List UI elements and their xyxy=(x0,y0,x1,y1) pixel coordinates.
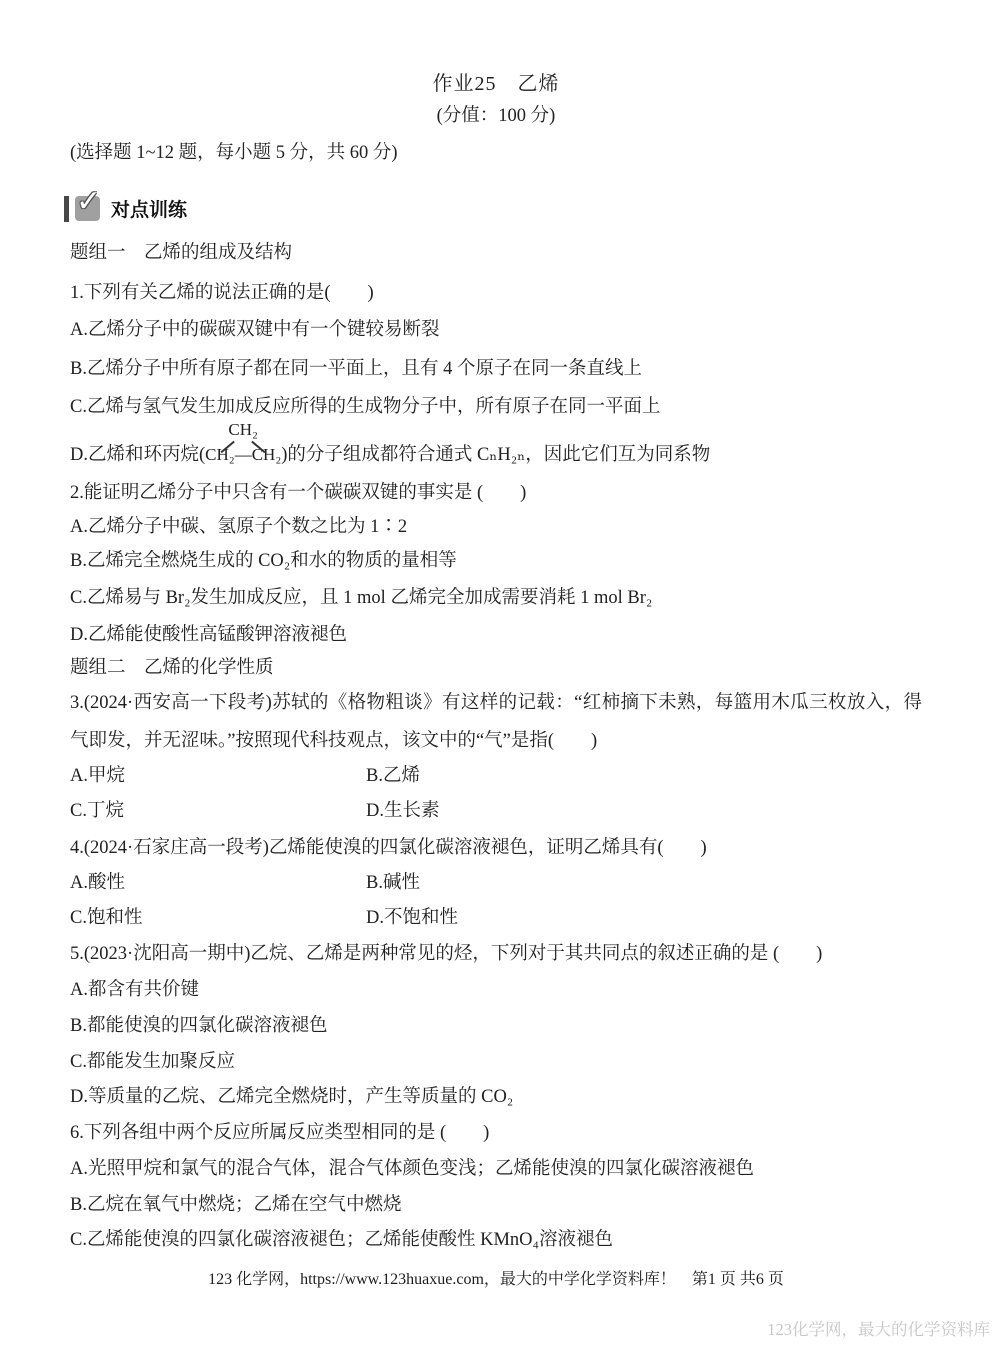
q3-option-a: A.甲烷 xyxy=(70,764,366,788)
cyclopropane-structure: CH₂CH₂—CH₂ xyxy=(205,418,281,467)
q1-option-b: B.乙烯分子中所有原子都在同一平面上，且有 4 个原子在同一条直线上 xyxy=(70,357,922,381)
q5-option-c: C.都能发生加聚反应 xyxy=(70,1050,922,1074)
q5-option-b: B.都能使溴的四氯化碳溶液褪色 xyxy=(70,1014,922,1038)
document-page: 作业25 乙烯 (分值：100 分) (选择题 1~12 题，每小题 5 分，共… xyxy=(0,0,992,1347)
q4-stem: 4.(2024·石家庄高一段考)乙烯能使溴的四氯化碳溶液褪色，证明乙烯具有( ) xyxy=(70,836,922,860)
q5-option-a: A.都含有共价键 xyxy=(70,978,922,1002)
q6-option-c: C.乙烯能使溴的四氯化碳溶液褪色；乙烯能使酸性 KMnO₄溶液褪色 xyxy=(70,1228,922,1252)
q1-option-a: A.乙烯分子中的碳碳双键中有一个键较易断裂 xyxy=(70,318,922,342)
q2-option-d: D.乙烯能使酸性高锰酸钾溶液褪色 xyxy=(70,623,922,647)
watermark: 123化学网，最大的化学资料库 xyxy=(767,1316,990,1340)
group1-heading: 题组一 乙烯的组成及结构 xyxy=(70,241,922,265)
group2-heading: 题组二 乙烯的化学性质 xyxy=(70,656,922,680)
struct-top-ch2: CH₂ xyxy=(228,418,258,442)
checkbox-check-icon: ✓ xyxy=(75,196,100,221)
page-footer: 123 化学网，https://www.123huaxue.com，最大的中学化… xyxy=(0,1266,992,1289)
q1-stem: 1.下列有关乙烯的说法正确的是( ) xyxy=(70,281,922,305)
q3-option-c: C.丁烷 xyxy=(70,799,366,823)
section-banner: ✓ 对点训练 xyxy=(64,195,187,222)
q4-option-c: C.饱和性 xyxy=(70,906,366,930)
q3-options-row-2: C.丁烷 D.生长素 xyxy=(70,799,922,823)
q4-option-b: B.碱性 xyxy=(366,871,922,895)
q3-options-row-1: A.甲烷 B.乙烯 xyxy=(70,764,922,788)
q2-option-b: B.乙烯完全燃烧生成的 CO₂和水的物质的量相等 xyxy=(70,549,922,573)
q4-option-a: A.酸性 xyxy=(70,871,366,895)
q5-stem: 5.(2023·沈阳高一期中)乙烷、乙烯是两种常见的烃，下列对于其共同点的叙述正… xyxy=(70,942,922,966)
q1-option-d-suffix: )的分子组成都符合通式 CₙH₂ₙ，因此它们互为同系物 xyxy=(281,445,710,465)
doc-score-note: (分值：100 分) xyxy=(0,104,992,128)
q2-option-c: C.乙烯易与 Br₂发生加成反应，且 1 mol 乙烯完全加成需要消耗 1 mo… xyxy=(70,586,922,610)
q3-stem-line2: 气即发，并无涩味。”按照现代科技观点，该文中的“气”是指( ) xyxy=(70,729,922,753)
q2-option-a: A.乙烯分子中碳、氢原子个数之比为 1∶2 xyxy=(70,515,922,539)
banner-label: 对点训练 xyxy=(111,195,187,222)
doc-title: 作业25 乙烯 xyxy=(0,72,992,96)
q4-options-row-2: C.饱和性 D.不饱和性 xyxy=(70,906,922,930)
q6-option-b: B.乙烷在氧气中燃烧；乙烯在空气中燃烧 xyxy=(70,1193,922,1217)
q3-stem-line1: 3.(2024·西安高一下段考)苏轼的《格物粗谈》有这样的记载：“红柿摘下未熟，… xyxy=(70,691,922,715)
q2-stem: 2.能证明乙烯分子中只含有一个碳碳双键的事实是 ( ) xyxy=(70,481,922,505)
q4-option-d: D.不饱和性 xyxy=(366,906,922,930)
struct-bottom-ch2-ch2: CH₂—CH₂ xyxy=(205,445,281,464)
q3-option-d: D.生长素 xyxy=(366,799,922,823)
q6-option-a: A.光照甲烷和氯气的混合气体，混合气体颜色变浅；乙烯能使溴的四氯化碳溶液褪色 xyxy=(70,1157,922,1181)
banner-accent-bar xyxy=(64,196,69,222)
q4-options-row-1: A.酸性 B.碱性 xyxy=(70,871,922,895)
q1-option-d: D.乙烯和环丙烷(CH₂CH₂—CH₂)的分子组成都符合通式 CₙH₂ₙ，因此它… xyxy=(70,418,922,476)
q6-stem: 6.下列各组中两个反应所属反应类型相同的是 ( ) xyxy=(70,1121,922,1145)
q1-option-d-prefix: D.乙烯和环丙烷( xyxy=(70,445,205,465)
q1-option-c: C.乙烯与氢气发生加成反应所得的生成物分子中，所有原子在同一平面上 xyxy=(70,395,922,419)
q3-option-b: B.乙烯 xyxy=(366,764,922,788)
q5-option-d: D.等质量的乙烷、乙烯完全燃烧时，产生等质量的 CO₂ xyxy=(70,1085,922,1109)
doc-selection-note: (选择题 1~12 题，每小题 5 分，共 60 分) xyxy=(70,141,922,165)
